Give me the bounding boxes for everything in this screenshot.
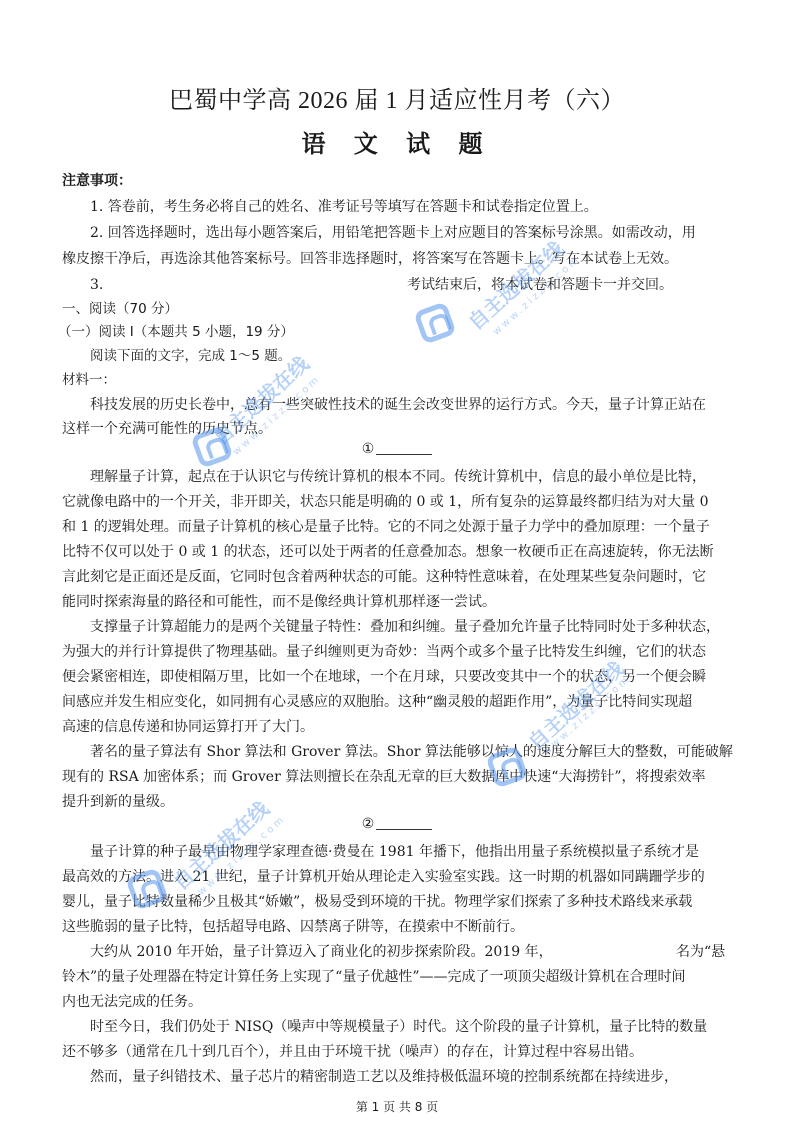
paragraph-line: 铃木”的量子处理器在特定计算任务上实现了“量子优越性”——完成了一项顶尖超级计算… (62, 966, 734, 988)
paragraph-line: 高速的信息传递和协同运算打开了大门。 (62, 716, 734, 738)
exam-subject-title: 语 文 试 题 (0, 124, 794, 159)
paragraph-line: 理解量子计算，起点在于认识它与传统计算机的根本不同。传统计算机中，信息的最小单位… (62, 466, 762, 488)
paragraph-line: 然而，量子纠错技术、量子芯片的精密制造工艺以及维持极低温环境的控制系统都在持续进… (62, 1066, 762, 1088)
paragraph-line: 时至今日，我们仍处于 NISQ（噪声中等规模量子）时代。这个阶段的量子计算机，量… (62, 1016, 762, 1038)
paragraph-line: 便会紧密相连，即使相隔万里，比如一个在地球，一个在月球，只要改变其中一个的状态，… (62, 666, 734, 688)
paragraph-line: 现有的 RSA 加密体系；而 Grover 算法则擅长在杂乱无章的巨大数据库中快… (62, 766, 734, 788)
paragraph-line: 言此刻它是正面还是反面，它同时包含着两种状态的可能。这种特性意味着，在处理某些复… (62, 566, 734, 588)
paragraph-line: 还不够多（通常在几十到几百个），并且由于环境干扰（噪声）的存在，计算过程中容易出… (62, 1041, 734, 1063)
exam-page: 巴蜀中学高 2026 届 1 月适应性月考（六） 语 文 试 题 注意事项： 1… (0, 0, 794, 1123)
intro-line: 这样一个充满可能性的历史节点。 (62, 418, 734, 440)
paragraph-line: 量子计算的种子最早由物理学家理查德·费曼在 1981 年播下，他指出用量子系统模… (62, 841, 762, 863)
paragraph-line: 大约从 2010 年开始，量子计算迈入了商业化的初步探索阶段。2019 年， (62, 941, 762, 963)
paragraph-line: 内也无法完成的任务。 (62, 991, 734, 1013)
paragraph-line: 和 1 的逻辑处理。而量子计算机的核心是量子比特。它的不同之处源于量子力学中的叠… (62, 516, 734, 538)
blank-heading-1: ① (0, 441, 794, 457)
paragraph-line: 为强大的并行计算提供了物理基础。量子纠缠则更为奇妙：当两个或多个量子比特发生纠缠… (62, 641, 734, 663)
paragraph-line: 能同时探索海量的路径和可能性，而不是像经典计算机那样逐一尝试。 (62, 591, 734, 613)
section-heading: 一、阅读（70 分） (62, 298, 734, 320)
material-label: 材料一： (62, 369, 734, 391)
blank-underline (376, 454, 432, 455)
section-subheading: （一）阅读 I（本题共 5 小题，19 分） (58, 321, 730, 343)
blank-number: ② (362, 816, 375, 832)
paragraph-line: 这些脆弱的量子比特，包括超导电路、囚禁离子阱等，在摸索中不断前行。 (62, 916, 734, 938)
notice-item-1: 1. 答卷前，考生务必将自己的姓名、准考证号等填写在答题卡和试卷指定位置上。 (62, 196, 762, 218)
paragraph-line: 它就像电路中的一个开关，非开即关，状态只能是明确的 0 或 1，所有复杂的运算最… (62, 491, 734, 513)
exam-title: 巴蜀中学高 2026 届 1 月适应性月考（六） (0, 80, 794, 115)
notice-item-2: 2. 回答选择题时，选出每小题答案后，用铅笔把答题卡上对应题目的答案标号涂黑。如… (62, 222, 762, 244)
section-instruction: 阅读下面的文字，完成 1～5 题。 (62, 345, 762, 367)
notice-item-3-text: 考试结束后，将本试卷和答题卡一并交回。 (407, 274, 737, 296)
paragraph-line: 支撑量子计算超能力的是两个关键量子特性：叠加和纠缠。量子叠加允许量子比特同时处于… (62, 616, 762, 638)
notice-heading: 注意事项： (62, 170, 734, 192)
paragraph-line: 间感应并发生相应变化，如同拥有心灵感应的双胞胎。这种“幽灵般的超距作用”，为量子… (62, 691, 734, 713)
paragraph-line: 著名的量子算法有 Shor 算法和 Grover 算法。Shor 算法能够以惊人… (62, 741, 762, 763)
notice-item-2-cont: 橡皮擦干净后，再选涂其他答案标号。回答非选择题时，将答案写在答题卡上。写在本试卷… (62, 248, 734, 270)
paragraph-line: 名为“悬 (676, 941, 736, 963)
paragraph-line: 提升到新的量级。 (62, 791, 734, 813)
intro-line: 科技发展的历史长卷中，总有一些突破性技术的诞生会改变世界的运行方式。今天，量子计… (62, 394, 762, 416)
blank-underline (376, 829, 432, 830)
blank-heading-2: ② (0, 816, 794, 832)
blank-number: ① (362, 441, 375, 457)
paragraph-line: 比特不仅可以处于 0 或 1 的状态，还可以处于两者的任意叠加态。想象一枚硬币正… (62, 541, 734, 563)
page-number: 第 1 页 共 8 页 (0, 1098, 794, 1115)
